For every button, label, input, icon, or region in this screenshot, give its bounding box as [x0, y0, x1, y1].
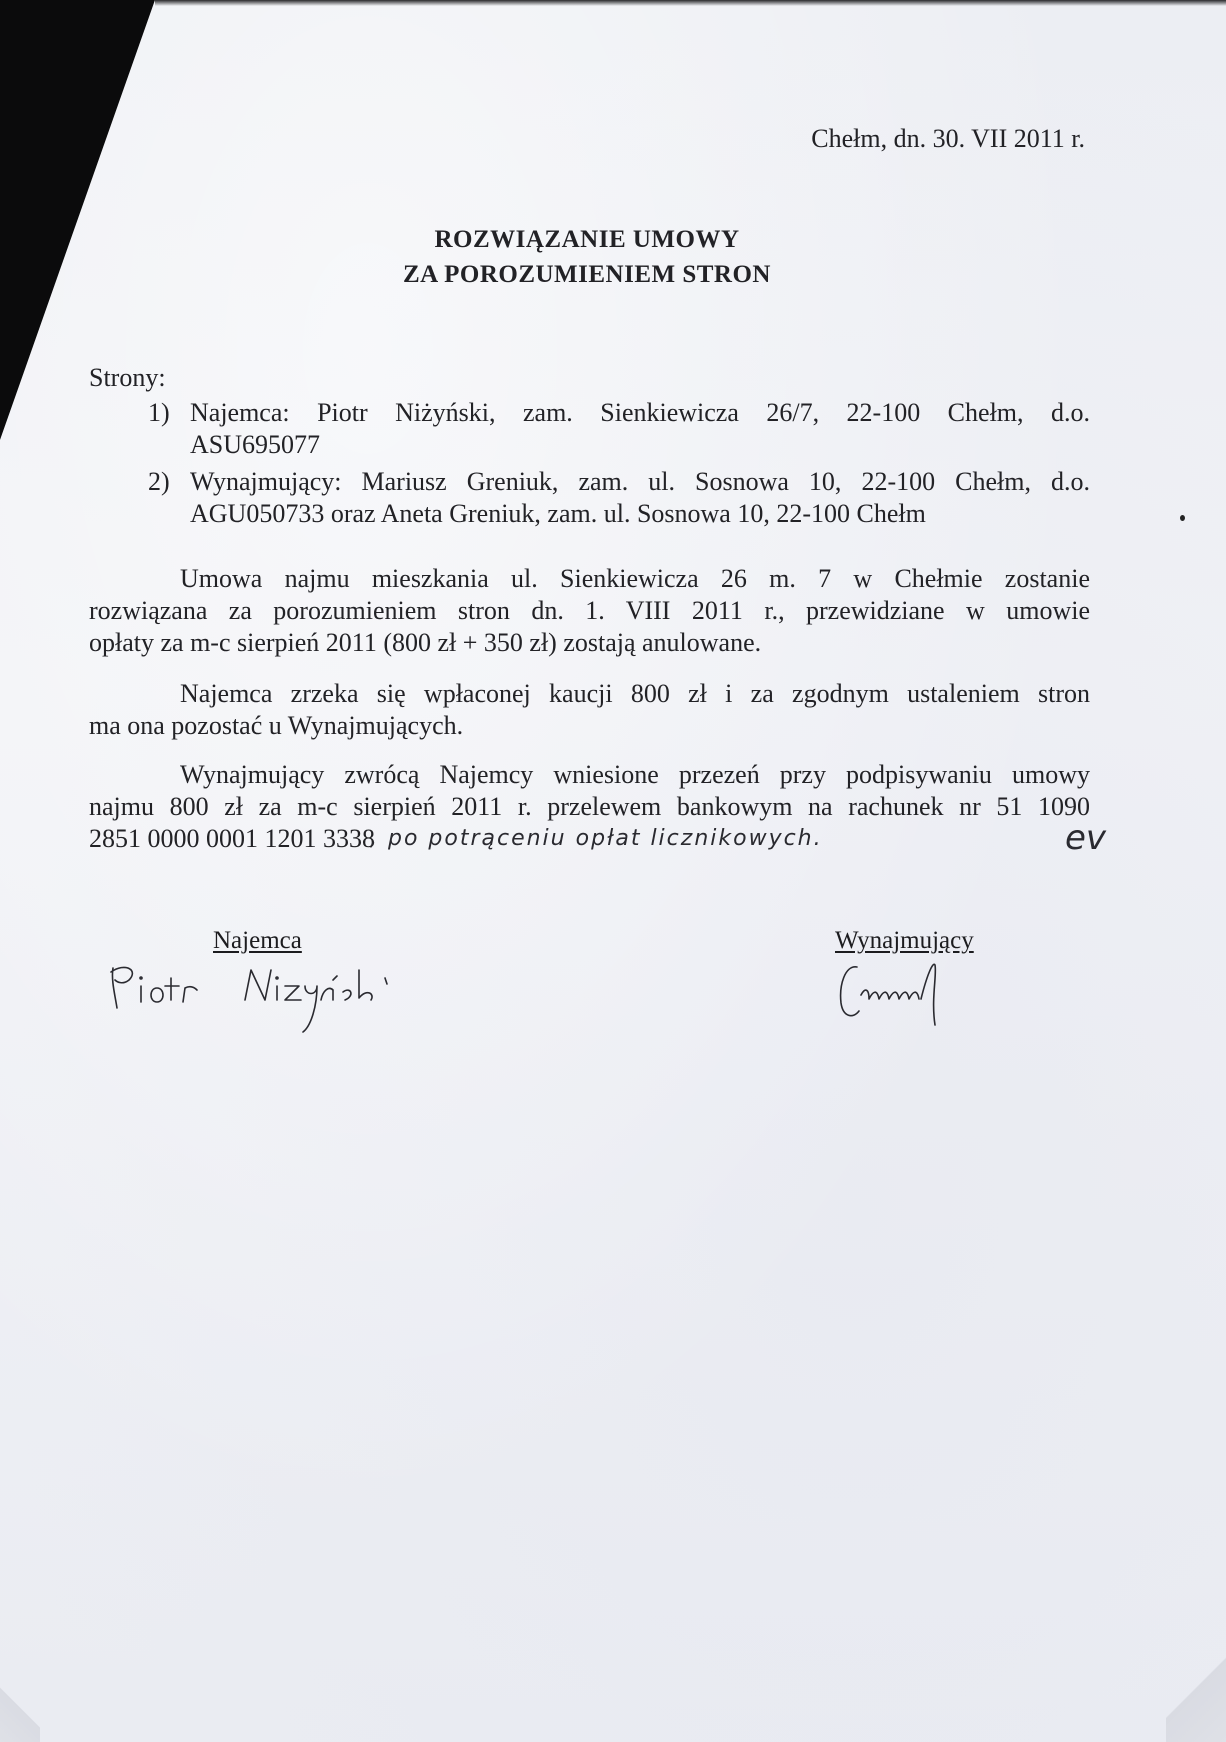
party-1-line1: Najemca: Piotr Niżyński, zam. Sienkiewic…: [190, 400, 1090, 426]
place-date: Chełm, dn. 30. VII 2011 r.: [811, 126, 1085, 152]
paper-corner-fold-left: [0, 1672, 40, 1742]
paper-top-shadow: [155, 0, 1226, 6]
paragraph-3-line2: najmu 800 zł za m-c sierpień 2011 r. prz…: [89, 794, 1090, 820]
tenant-label: Najemca: [213, 927, 302, 955]
document-title-line2: ZA POROZUMIENIEM STRON: [0, 262, 1174, 287]
handwritten-addition: , po potrąceniu opłat licznikowych.: [370, 826, 823, 851]
paper-corner-fold-right: [1166, 1632, 1226, 1742]
tenant-signature: [105, 960, 425, 1040]
paragraph-3-line3: 2851 0000 0001 1201 3338: [89, 826, 375, 852]
document-title-line1: ROZWIĄZANIE UMOWY: [0, 227, 1174, 252]
paragraph-1-line2: rozwiązana za porozumieniem stron dn. 1.…: [89, 598, 1090, 624]
landlord-label: Wynajmujący: [835, 927, 974, 955]
handwritten-initials: ev: [1065, 818, 1106, 858]
paragraph-1-line3: opłaty za m-c sierpień 2011 (800 zł + 35…: [89, 630, 761, 656]
party-2-line1: Wynajmujący: Mariusz Greniuk, zam. ul. S…: [190, 469, 1090, 495]
paragraph-2-line2: ma ona pozostać u Wynajmujących.: [89, 713, 463, 739]
party-1-number: 1): [148, 400, 170, 426]
party-2-number: 2): [148, 469, 170, 495]
paragraph-3-line1: Wynajmujący zwrócą Najemcy wniesione prz…: [180, 762, 1090, 788]
paragraph-1-line1: Umowa najmu mieszkania ul. Sienkiewicza …: [180, 566, 1090, 592]
stray-ink-dot: [1180, 515, 1185, 521]
paragraph-2-line1: Najemca zrzeka się wpłaconej kaucji 800 …: [180, 681, 1090, 707]
parties-heading: Strony:: [89, 365, 166, 391]
party-1-line2: ASU695077: [190, 432, 320, 458]
party-2-line2: AGU050733 oraz Aneta Greniuk, zam. ul. S…: [190, 501, 926, 527]
landlord-signature: [835, 955, 1005, 1050]
